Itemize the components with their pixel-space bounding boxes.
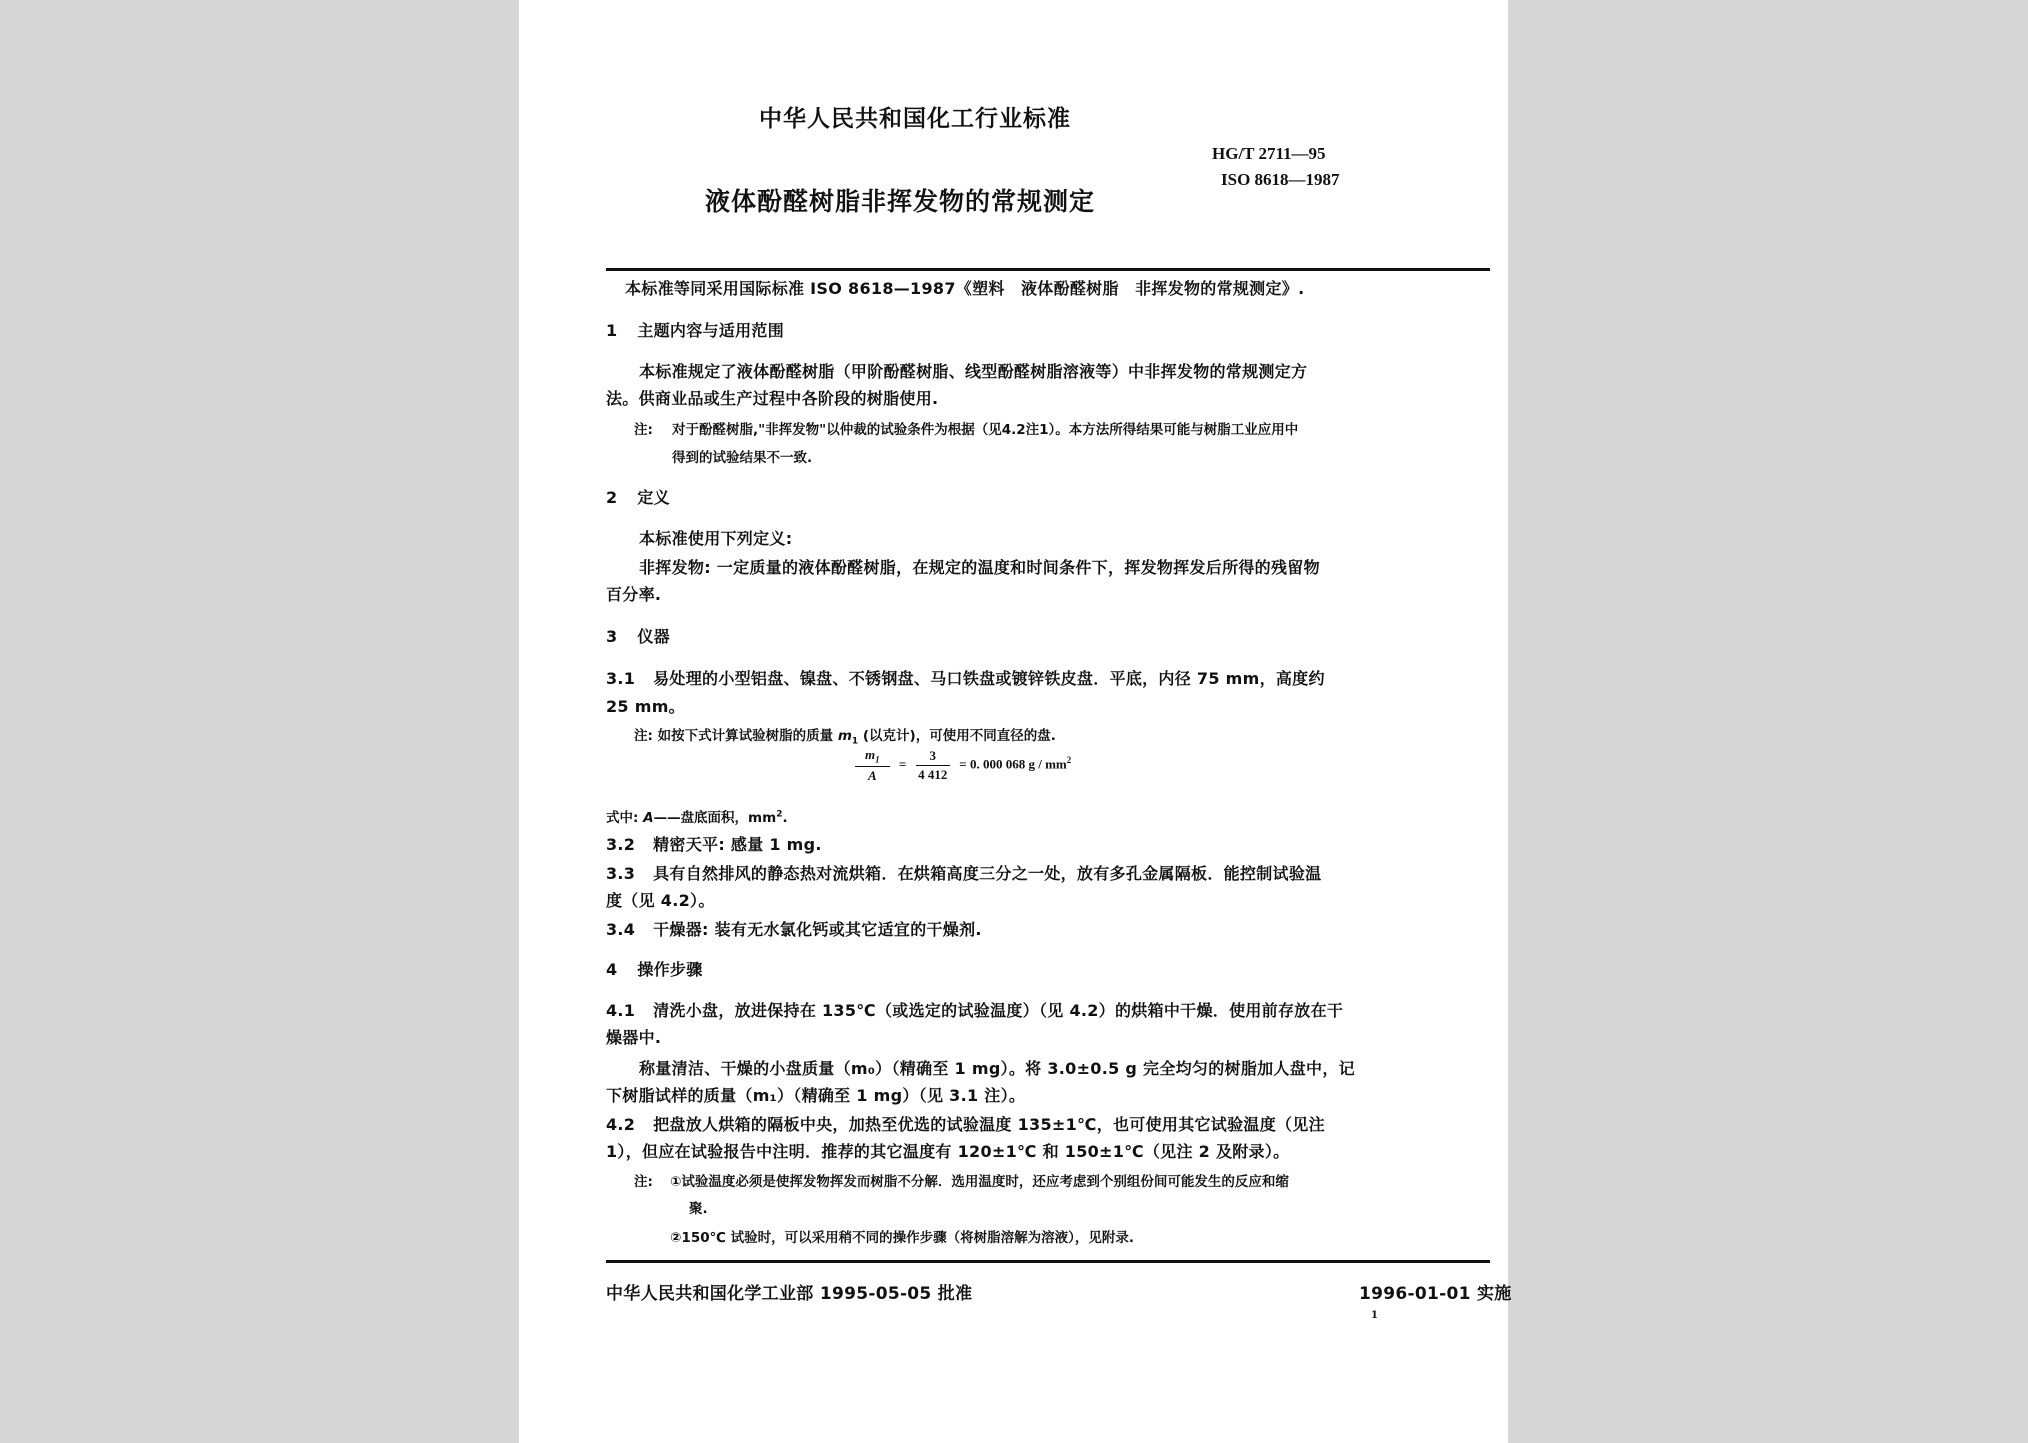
- var-A: A: [643, 810, 653, 826]
- item-number: 3.4: [606, 920, 635, 939]
- section-title: 主题内容与适用范围: [637, 321, 784, 340]
- s2-line1: 本标准使用下列定义:: [639, 526, 792, 549]
- item-text: 精密天平: 感量 1 mg.: [653, 835, 822, 854]
- approval-text: 中华人民共和国化学工业部 1995-05-05 批准: [606, 1279, 972, 1304]
- section-number: 2: [606, 488, 617, 507]
- item-4-2-line2: 1），但应在试验报告中注明．推荐的其它温度有 120±1℃ 和 150±1℃（见…: [606, 1139, 1289, 1162]
- section-3-heading: 3 仪器: [606, 624, 670, 647]
- denominator: A: [868, 767, 877, 784]
- item-4-1b-line1: 称量清洁、干燥的小盘质量（m₀）（精确至 1 mg）。将 3.0±0.5 g 完…: [639, 1056, 1355, 1079]
- s1-note-line2: 得到的试验结果不一致.: [672, 446, 812, 466]
- document-page: 中华人民共和国化工行业标准 液体酚醛树脂非挥发物的常规测定 HG/T 2711—…: [519, 0, 1508, 1443]
- item-3-3-line2: 度（见 4.2）。: [606, 888, 715, 911]
- equals-sign: =: [899, 756, 906, 771]
- effective-date: 1996-01-01 实施: [1359, 1279, 1512, 1304]
- numerator: m: [865, 747, 875, 762]
- s4-note2: ②150℃ 试验时，可以采用稍不同的操作步骤（将树脂溶解为溶液），见附录.: [670, 1226, 1134, 1246]
- item-number: 4.1: [606, 1001, 635, 1020]
- var-m: m: [838, 728, 852, 744]
- header-rule: [606, 268, 1490, 271]
- s4-note1-line1: ①试验温度必须是使挥发物挥发而树脂不分解．选用温度时，还应考虑到个别组份间可能发…: [670, 1170, 1289, 1190]
- s2-line2: 非挥发物: 一定质量的液体酚醛树脂，在规定的温度和时间条件下，挥发物挥发后所得的…: [639, 555, 1320, 578]
- item-text: 具有自然排风的静态热对流烘箱．在烘箱高度三分之一处，放有多孔金属隔板．能控制试验…: [653, 864, 1321, 883]
- fraction-m1-over-A: m1 A: [855, 747, 890, 784]
- item-4-1b-line2: 下树脂试样的质量（m₁）（精确至 1 mg）（见 3.1 注）。: [606, 1083, 1025, 1106]
- item-number: 3.2: [606, 835, 635, 854]
- superscript: 2: [1067, 755, 1072, 765]
- item-number: 3.3: [606, 864, 635, 883]
- s4-note-label: 注:: [634, 1170, 653, 1190]
- section-number: 1: [606, 321, 617, 340]
- s2-line3: 百分率.: [606, 582, 661, 605]
- s1-note-label: 注:: [634, 418, 653, 438]
- section-number: 3: [606, 627, 617, 646]
- item-3-1-line1: 3.1 易处理的小型铝盘、镍盘、不锈钢盘、马口铁盘或镀锌铁皮盘．平底，内径 75…: [606, 666, 1325, 689]
- s1-para-line2: 法。供商业品或生产过程中各阶段的树脂使用.: [606, 386, 938, 409]
- section-title: 仪器: [637, 627, 670, 646]
- numerator: 3: [916, 748, 951, 766]
- item-3-1-note: 注: 如按下式计算试验树脂的质量 m1 (以克计)，可使用不同直径的盘.: [634, 724, 1056, 747]
- note-text: 注: 如按下式计算试验树脂的质量: [634, 728, 838, 744]
- section-title: 定义: [637, 488, 670, 507]
- item-3-3-line1: 3.3 具有自然排风的静态热对流烘箱．在烘箱高度三分之一处，放有多孔金属隔板．能…: [606, 861, 1321, 884]
- item-3-4: 3.4 干燥器: 装有无水氯化钙或其它适宜的干燥剂.: [606, 917, 982, 940]
- iso-code: ISO 8618—1987: [1221, 170, 1340, 190]
- section-2-heading: 2 定义: [606, 485, 670, 508]
- s4-note1-line2: 聚.: [689, 1197, 708, 1217]
- note-text: (以克计)，可使用不同直径的盘.: [858, 728, 1056, 744]
- page-mark: 1: [1371, 1310, 1378, 1321]
- item-4-2-line1: 4.2 把盘放人烘箱的隔板中央，加热至优选的试验温度 135±1℃，也可使用其它…: [606, 1112, 1325, 1135]
- s1-note-line1: 对于酚醛树脂,"非挥发物"以仲裁的试验条件为根据（见4.2注1）。本方法所得结果…: [672, 418, 1298, 438]
- equals-sign: =: [959, 756, 966, 771]
- item-3-1-line2: 25 mm。: [606, 694, 685, 717]
- s1-para-line1: 本标准规定了液体酚醛树脂（甲阶酚醛树脂、线型酚醛树脂溶液等）中非挥发物的常规测定…: [639, 359, 1307, 382]
- document-title: 液体酚醛树脂非挥发物的常规测定: [705, 182, 1095, 218]
- section-title: 操作步骤: [637, 960, 702, 979]
- item-number: 3.1: [606, 669, 635, 688]
- footer-rule: [606, 1260, 1490, 1263]
- denominator: 4 412: [918, 766, 947, 783]
- fraction-3-over-4412: 3 4 412: [916, 748, 951, 783]
- item-4-1-line1: 4.1 清洗小盘，放进保持在 135℃（或选定的试验温度）（见 4.2）的烘箱中…: [606, 998, 1343, 1021]
- issuer-title: 中华人民共和国化工行业标准: [759, 100, 1071, 133]
- intro-text: 本标准等同采用国际标准 ISO 8618—1987《塑料 液体酚醛树脂 非挥发物…: [625, 276, 1304, 299]
- mass-formula: m1 A = 3 4 412 = 0. 000 068 g / mm2: [849, 747, 1071, 784]
- section-1-heading: 1 主题内容与适用范围: [606, 318, 784, 341]
- where-text: ——盘底面积，mm: [654, 810, 777, 826]
- section-number: 4: [606, 960, 617, 979]
- item-text: 干燥器: 装有无水氯化钙或其它适宜的干燥剂.: [653, 920, 982, 939]
- item-number: 4.2: [606, 1115, 635, 1134]
- item-text: 清洗小盘，放进保持在 135℃（或选定的试验温度）（见 4.2）的烘箱中干燥．使…: [653, 1001, 1343, 1020]
- standard-code: HG/T 2711—95: [1212, 144, 1326, 164]
- item-text: 易处理的小型铝盘、镍盘、不锈钢盘、马口铁盘或镀锌铁皮盘．平底，内径 75 mm，…: [653, 669, 1325, 688]
- section-4-heading: 4 操作步骤: [606, 957, 703, 980]
- item-4-1-line2: 燥器中.: [606, 1025, 661, 1048]
- formula-result: 0. 000 068 g / mm: [970, 756, 1067, 771]
- numerator-sub: 1: [875, 755, 880, 765]
- item-3-2: 3.2 精密天平: 感量 1 mg.: [606, 832, 822, 855]
- where-label: 式中:: [606, 810, 643, 826]
- formula-where: 式中: A——盘底面积，mm2.: [606, 806, 788, 826]
- where-end: .: [782, 810, 787, 826]
- item-text: 把盘放人烘箱的隔板中央，加热至优选的试验温度 135±1℃，也可使用其它试验温度…: [653, 1115, 1325, 1134]
